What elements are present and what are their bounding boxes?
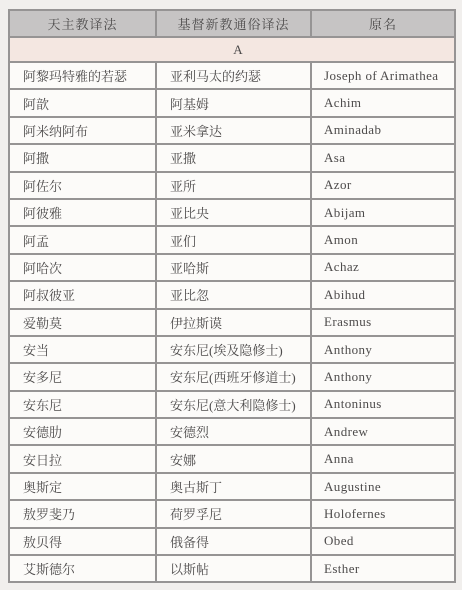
protestant-name-cell: 亚米拿达 xyxy=(156,117,311,144)
original-name-cell: Erasmus xyxy=(311,309,455,336)
protestant-name-cell: 俄备得 xyxy=(156,528,311,555)
protestant-name-cell: 亚哈斯 xyxy=(156,254,311,281)
original-name-cell: Holofernes xyxy=(311,500,455,527)
table-row: 敖贝得 俄备得 Obed xyxy=(9,528,455,555)
catholic-name-cell: 阿叔彼亚 xyxy=(9,281,156,308)
book-page: 天主教译法 基督新教通俗译法 原名 A 阿黎玛特雅的若瑟 亚利马太的约瑟 Jos… xyxy=(0,0,462,590)
table-row: 阿米纳阿布 亚米拿达 Aminadab xyxy=(9,117,455,144)
table-row: 敖罗斐乃 荷罗孚尼 Holofernes xyxy=(9,500,455,527)
protestant-name-cell: 亚利马太的约瑟 xyxy=(156,62,311,89)
table-row: 爱勒莫 伊拉斯谟 Erasmus xyxy=(9,309,455,336)
original-name-cell: Antoninus xyxy=(311,391,455,418)
section-header-row: A xyxy=(9,37,455,62)
catholic-name-cell: 阿孟 xyxy=(9,226,156,253)
protestant-name-cell: 亚撒 xyxy=(156,144,311,171)
original-name-cell: Abihud xyxy=(311,281,455,308)
original-name-cell: Augustine xyxy=(311,473,455,500)
section-letter-label: A xyxy=(9,37,455,62)
catholic-name-cell: 阿哈次 xyxy=(9,254,156,281)
original-name-cell: Obed xyxy=(311,528,455,555)
protestant-name-cell: 以斯帖 xyxy=(156,555,311,582)
original-name-cell: Anthony xyxy=(311,363,455,390)
original-name-cell: Azor xyxy=(311,172,455,199)
original-name-cell: Amon xyxy=(311,226,455,253)
table-header-row: 天主教译法 基督新教通俗译法 原名 xyxy=(9,10,455,37)
table-row: 奥斯定 奥古斯丁 Augustine xyxy=(9,473,455,500)
catholic-name-cell: 敖罗斐乃 xyxy=(9,500,156,527)
protestant-name-cell: 亚所 xyxy=(156,172,311,199)
table-row: 阿彼雅 亚比央 Abijam xyxy=(9,199,455,226)
protestant-name-cell: 亚比央 xyxy=(156,199,311,226)
original-name-cell: Asa xyxy=(311,144,455,171)
column-header-catholic: 天主教译法 xyxy=(9,10,156,37)
table-row: 阿佐尔 亚所 Azor xyxy=(9,172,455,199)
table-row: 阿黎玛特雅的若瑟 亚利马太的约瑟 Joseph of Arimathea xyxy=(9,62,455,89)
catholic-name-cell: 安德肋 xyxy=(9,418,156,445)
catholic-name-cell: 安当 xyxy=(9,336,156,363)
table-row: 安德肋 安德烈 Andrew xyxy=(9,418,455,445)
protestant-name-cell: 荷罗孚尼 xyxy=(156,500,311,527)
catholic-name-cell: 阿歆 xyxy=(9,89,156,116)
table-row: 安日拉 安娜 Anna xyxy=(9,445,455,472)
original-name-cell: Achim xyxy=(311,89,455,116)
catholic-name-cell: 敖贝得 xyxy=(9,528,156,555)
catholic-name-cell: 安多尼 xyxy=(9,363,156,390)
original-name-cell: Joseph of Arimathea xyxy=(311,62,455,89)
catholic-name-cell: 奥斯定 xyxy=(9,473,156,500)
original-name-cell: Anthony xyxy=(311,336,455,363)
protestant-name-cell: 安东尼(西班牙修道士) xyxy=(156,363,311,390)
table-row: 阿孟 亚们 Amon xyxy=(9,226,455,253)
protestant-name-cell: 伊拉斯谟 xyxy=(156,309,311,336)
original-name-cell: Aminadab xyxy=(311,117,455,144)
table-row: 艾斯德尔 以斯帖 Esther xyxy=(9,555,455,582)
table-row: 阿哈次 亚哈斯 Achaz xyxy=(9,254,455,281)
translation-table: 天主教译法 基督新教通俗译法 原名 A 阿黎玛特雅的若瑟 亚利马太的约瑟 Jos… xyxy=(8,9,456,583)
catholic-name-cell: 阿撒 xyxy=(9,144,156,171)
table-row: 阿歆 阿基姆 Achim xyxy=(9,89,455,116)
protestant-name-cell: 亚比忽 xyxy=(156,281,311,308)
protestant-name-cell: 安东尼(意大利隐修士) xyxy=(156,391,311,418)
catholic-name-cell: 安东尼 xyxy=(9,391,156,418)
table-row: 安东尼 安东尼(意大利隐修士) Antoninus xyxy=(9,391,455,418)
catholic-name-cell: 阿黎玛特雅的若瑟 xyxy=(9,62,156,89)
table-row: 阿撒 亚撒 Asa xyxy=(9,144,455,171)
catholic-name-cell: 阿彼雅 xyxy=(9,199,156,226)
original-name-cell: Andrew xyxy=(311,418,455,445)
catholic-name-cell: 阿佐尔 xyxy=(9,172,156,199)
column-header-protestant: 基督新教通俗译法 xyxy=(156,10,311,37)
catholic-name-cell: 艾斯德尔 xyxy=(9,555,156,582)
catholic-name-cell: 安日拉 xyxy=(9,445,156,472)
protestant-name-cell: 安德烈 xyxy=(156,418,311,445)
protestant-name-cell: 安娜 xyxy=(156,445,311,472)
table-row: 安当 安东尼(埃及隐修士) Anthony xyxy=(9,336,455,363)
protestant-name-cell: 阿基姆 xyxy=(156,89,311,116)
catholic-name-cell: 阿米纳阿布 xyxy=(9,117,156,144)
protestant-name-cell: 安东尼(埃及隐修士) xyxy=(156,336,311,363)
original-name-cell: Esther xyxy=(311,555,455,582)
catholic-name-cell: 爱勒莫 xyxy=(9,309,156,336)
protestant-name-cell: 亚们 xyxy=(156,226,311,253)
table-row: 安多尼 安东尼(西班牙修道士) Anthony xyxy=(9,363,455,390)
protestant-name-cell: 奥古斯丁 xyxy=(156,473,311,500)
original-name-cell: Abijam xyxy=(311,199,455,226)
column-header-original: 原名 xyxy=(311,10,455,37)
original-name-cell: Anna xyxy=(311,445,455,472)
table-row: 阿叔彼亚 亚比忽 Abihud xyxy=(9,281,455,308)
original-name-cell: Achaz xyxy=(311,254,455,281)
